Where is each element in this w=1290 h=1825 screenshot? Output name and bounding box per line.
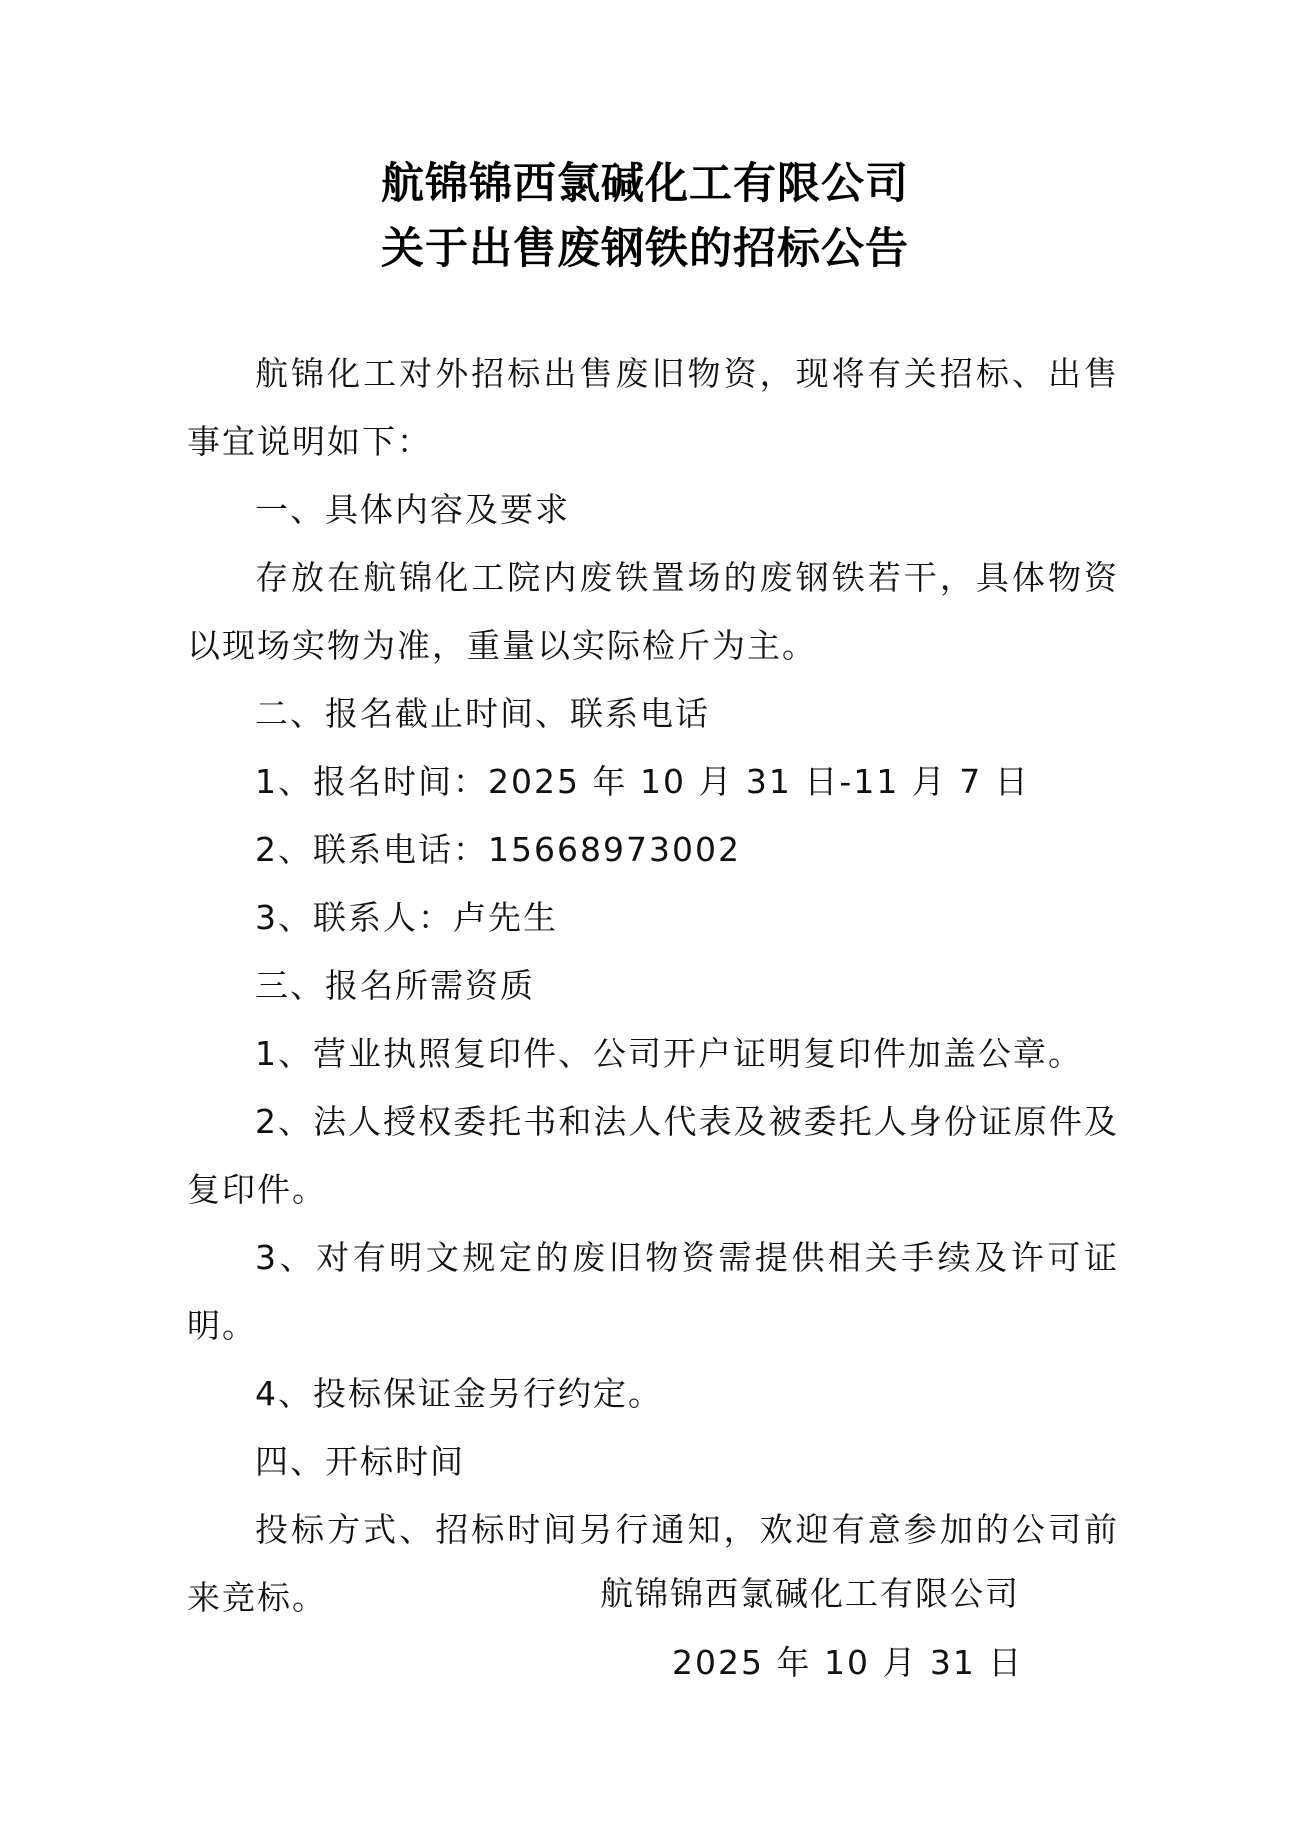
section-1-item-1: 存放在航锦化工院内废铁置场的废钢铁若干，具体物资以现场实物为准，重量以实际检斤为…	[187, 544, 1119, 680]
qualification-item-3: 3、对有明文规定的废旧物资需提供相关手续及许可证明。	[187, 1224, 1119, 1360]
document-page: 航锦锦西氯碱化工有限公司 关于出售废钢铁的招标公告 航锦化工对外招标出售废旧物资…	[0, 0, 1290, 1825]
signature-company: 航锦锦西氯碱化工有限公司	[600, 1568, 1020, 1615]
document-title-line-2: 关于出售废钢铁的招标公告	[0, 215, 1290, 276]
document-title-line-1: 航锦锦西氯碱化工有限公司	[0, 150, 1290, 211]
intro-paragraph: 航锦化工对外招标出售废旧物资，现将有关招标、出售事宜说明如下：	[187, 340, 1119, 476]
qualification-item-4: 4、投标保证金另行约定。	[187, 1360, 1119, 1428]
registration-time: 1、报名时间：2025 年 10 月 31 日-11 月 7 日	[187, 748, 1119, 816]
contact-phone: 2、联系电话：15668973002	[187, 816, 1119, 884]
section-heading-1: 一、具体内容及要求	[187, 476, 1119, 544]
contact-person: 3、联系人：卢先生	[187, 884, 1119, 952]
signature-date: 2025 年 10 月 31 日	[672, 1637, 1023, 1684]
qualification-item-1: 1、营业执照复印件、公司开户证明复印件加盖公章。	[187, 1020, 1119, 1088]
qualification-item-2: 2、法人授权委托书和法人代表及被委托人身份证原件及复印件。	[187, 1088, 1119, 1224]
section-heading-2: 二、报名截止时间、联系电话	[187, 680, 1119, 748]
document-body: 航锦化工对外招标出售废旧物资，现将有关招标、出售事宜说明如下： 一、具体内容及要…	[187, 340, 1119, 1632]
section-heading-3: 三、报名所需资质	[187, 952, 1119, 1020]
section-heading-4: 四、开标时间	[187, 1428, 1119, 1496]
